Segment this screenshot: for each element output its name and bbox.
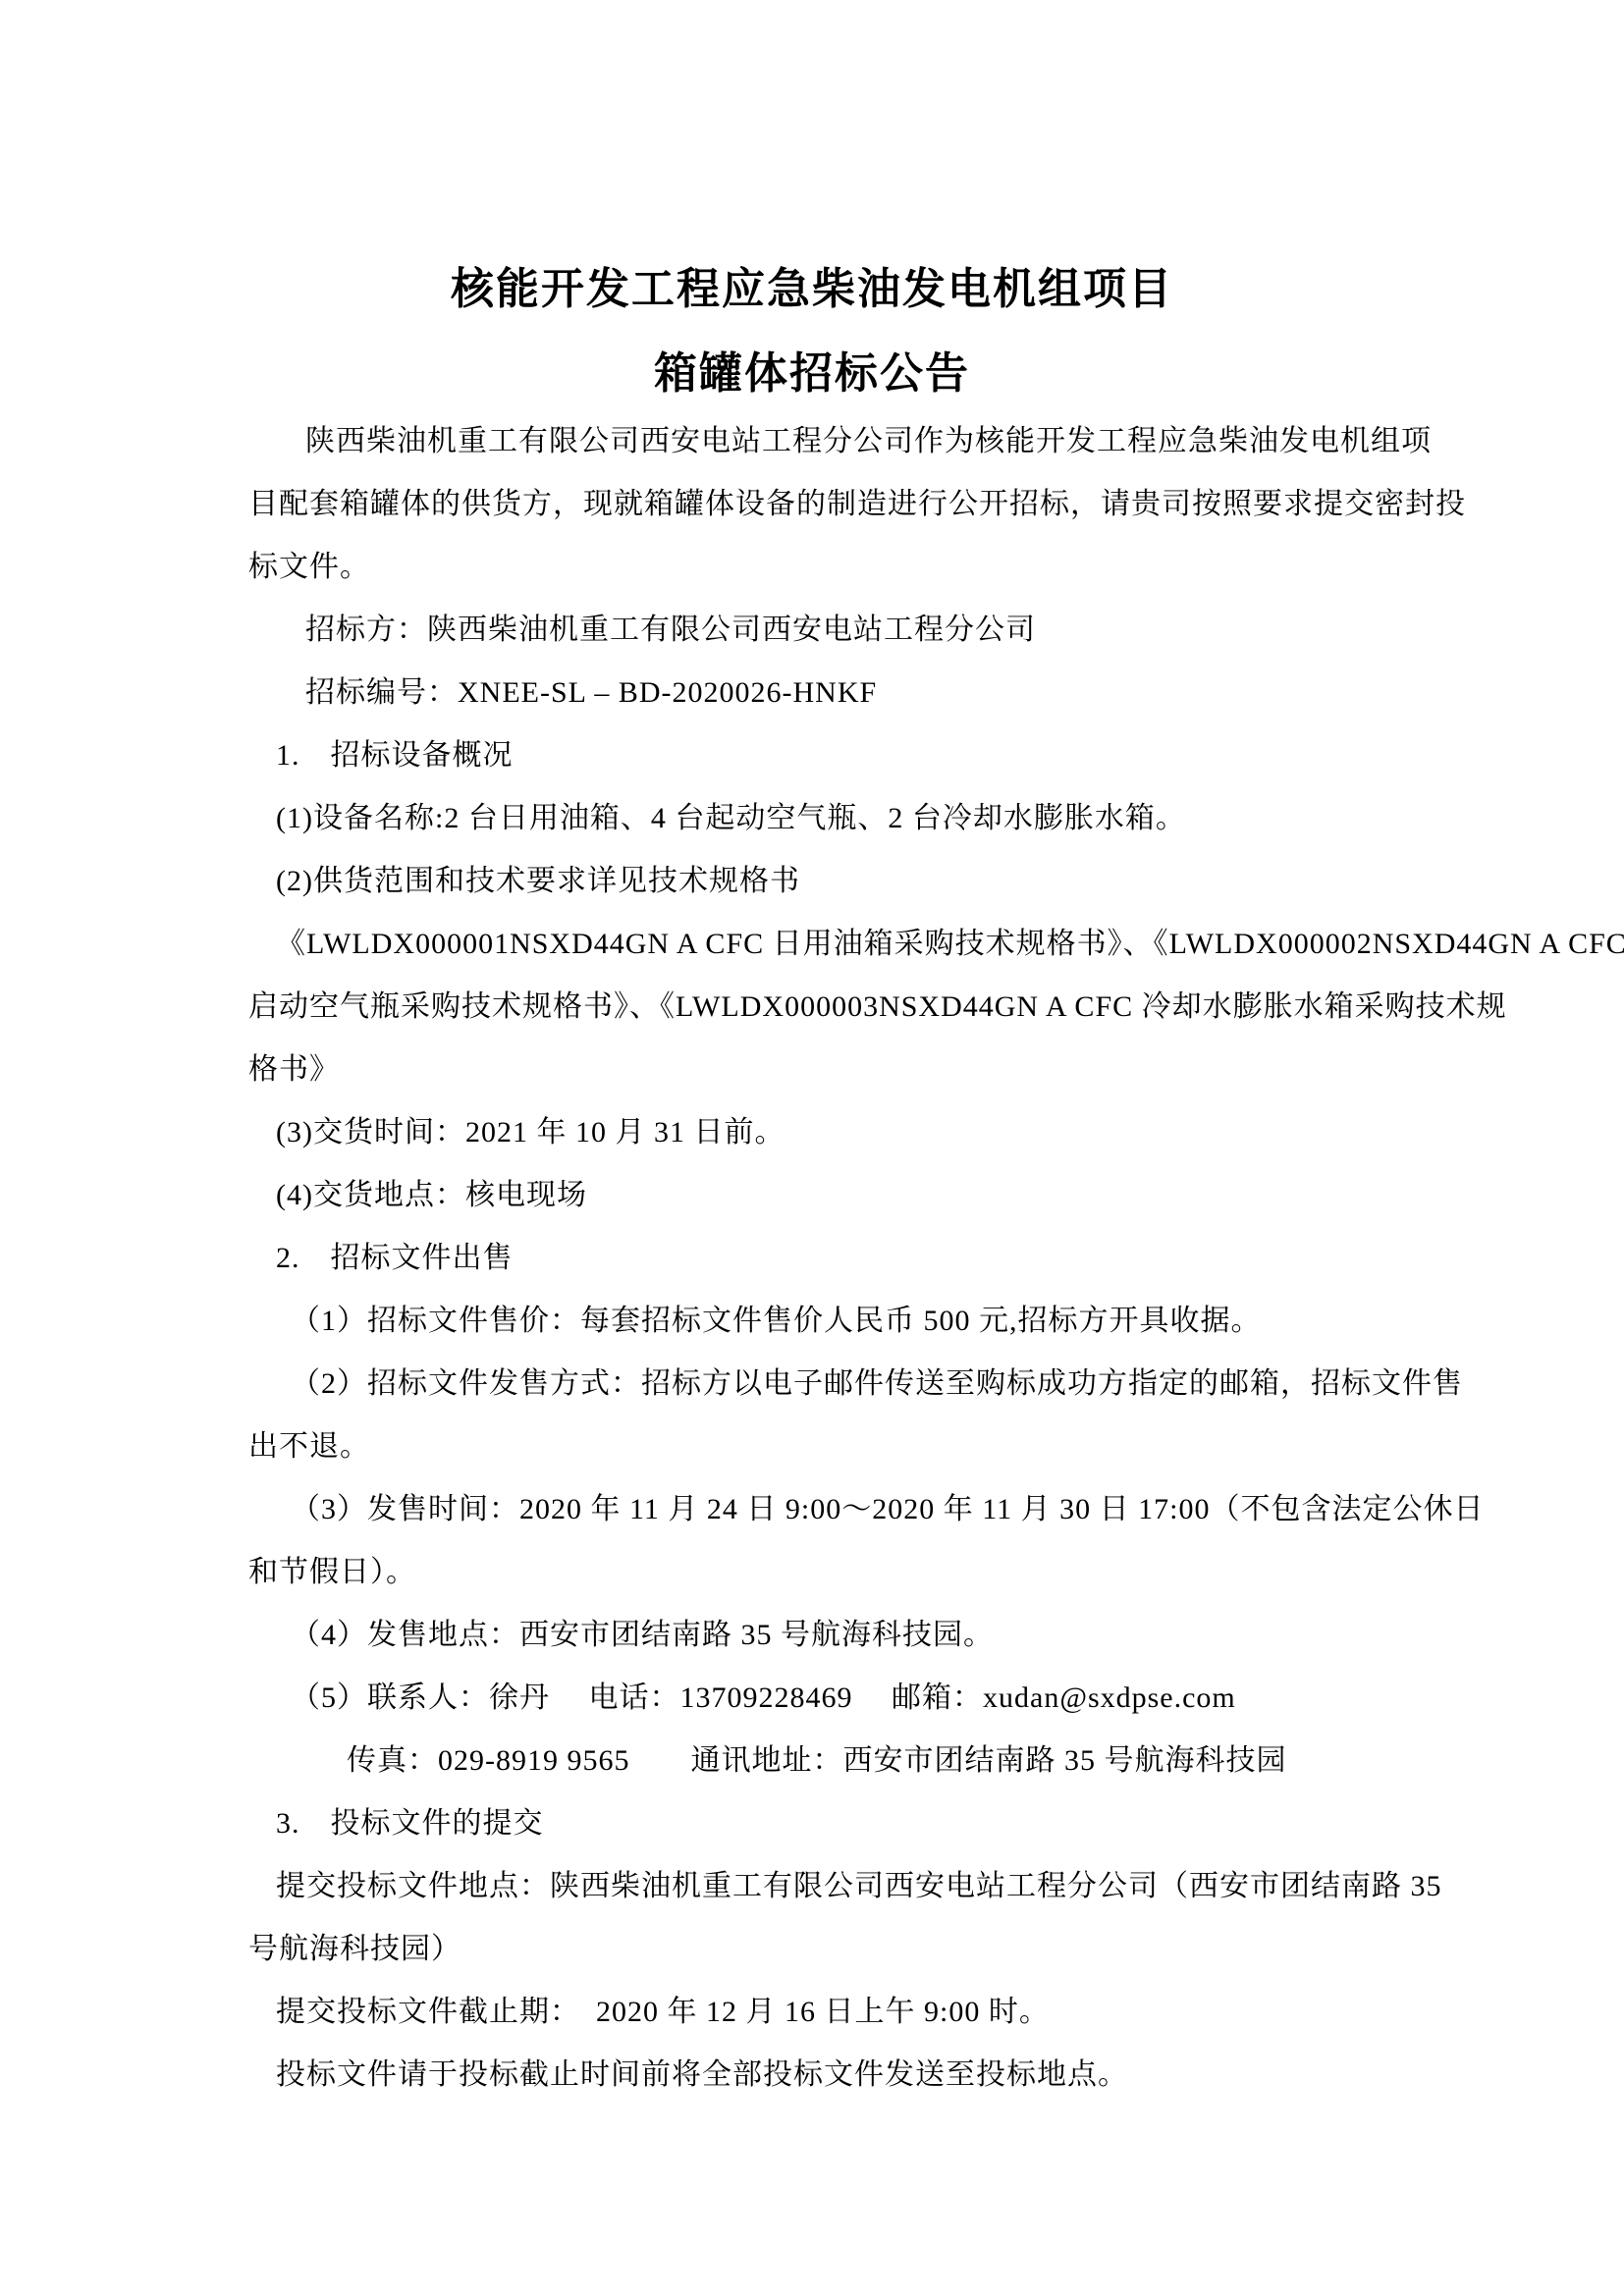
doc-line: 《LWLDX000001NSXD44GN A CFC 日用油箱采购技术规格书》、…: [248, 913, 1417, 976]
doc-line: 提交投标文件地点：陕西柴油机重工有限公司西安电站工程分公司（西安市团结南路 35: [248, 1855, 1417, 1918]
doc-line: (3)交货时间：2021 年 10 月 31 日前。: [248, 1101, 1417, 1164]
doc-line: 1. 招标设备概况: [248, 724, 1417, 787]
doc-line: （2）招标文件发售方式：招标方以电子邮件传送至购标成功方指定的邮箱，招标文件售: [248, 1353, 1417, 1415]
doc-line: 提交投标文件截止期： 2020 年 12 月 16 日上午 9:00 时。: [248, 1981, 1417, 2044]
doc-line: 目配套箱罐体的供货方，现就箱罐体设备的制造进行公开招标，请贵司按照要求提交密封投: [248, 473, 1417, 536]
doc-line: 招标编号：XNEE-SL – BD-2020026-HNKF: [248, 662, 1417, 724]
document-page: 核能开发工程应急柴油发电机组项目 箱罐体招标公告 陕西柴油机重工有限公司西安电站…: [0, 0, 1624, 2296]
doc-line: 格书》: [248, 1039, 1417, 1101]
doc-line: （1）招标文件售价：每套招标文件售价人民币 500 元,招标方开具收据。: [248, 1290, 1417, 1353]
doc-line: (1)设备名称:2 台日用油箱、4 台起动空气瓶、2 台冷却水膨胀水箱。: [248, 787, 1417, 850]
doc-line: （4）发售地点：西安市团结南路 35 号航海科技园。: [248, 1604, 1417, 1667]
doc-line: 出不退。: [248, 1415, 1417, 1478]
doc-line: （3）发售时间：2020 年 11 月 24 日 9:00～2020 年 11 …: [248, 1478, 1417, 1541]
doc-line: 3. 投标文件的提交: [248, 1792, 1417, 1855]
doc-line: 启动空气瓶采购技术规格书》、《LWLDX000003NSXD44GN A CFC…: [248, 976, 1417, 1039]
doc-line: 投标文件请于投标截止时间前将全部投标文件发送至投标地点。: [248, 2044, 1417, 2107]
doc-line: 2. 招标文件出售: [248, 1227, 1417, 1290]
doc-line: （5）联系人：徐丹 电话：13709228469 邮箱：xudan@sxdpse…: [248, 1667, 1417, 1730]
doc-line: 和节假日）。: [248, 1541, 1417, 1604]
doc-line: (2)供货范围和技术要求详见技术规格书: [248, 850, 1417, 913]
doc-line: 招标方：陕西柴油机重工有限公司西安电站工程分公司: [248, 599, 1417, 662]
doc-line: 传真：029-8919 9565 通讯地址：西安市团结南路 35 号航海科技园: [248, 1730, 1417, 1792]
doc-line: 陕西柴油机重工有限公司西安电站工程分公司作为核能开发工程应急柴油发电机组项: [248, 410, 1417, 473]
doc-line: 标文件。: [248, 536, 1417, 599]
doc-line: (4)交货地点：核电现场: [248, 1164, 1417, 1227]
document-subtitle: 箱罐体招标公告: [0, 338, 1624, 400]
document-body: 陕西柴油机重工有限公司西安电站工程分公司作为核能开发工程应急柴油发电机组项目配套…: [248, 410, 1417, 2107]
doc-line: 号航海科技园）: [248, 1918, 1417, 1981]
document-title: 核能开发工程应急柴油发电机组项目: [0, 253, 1624, 316]
